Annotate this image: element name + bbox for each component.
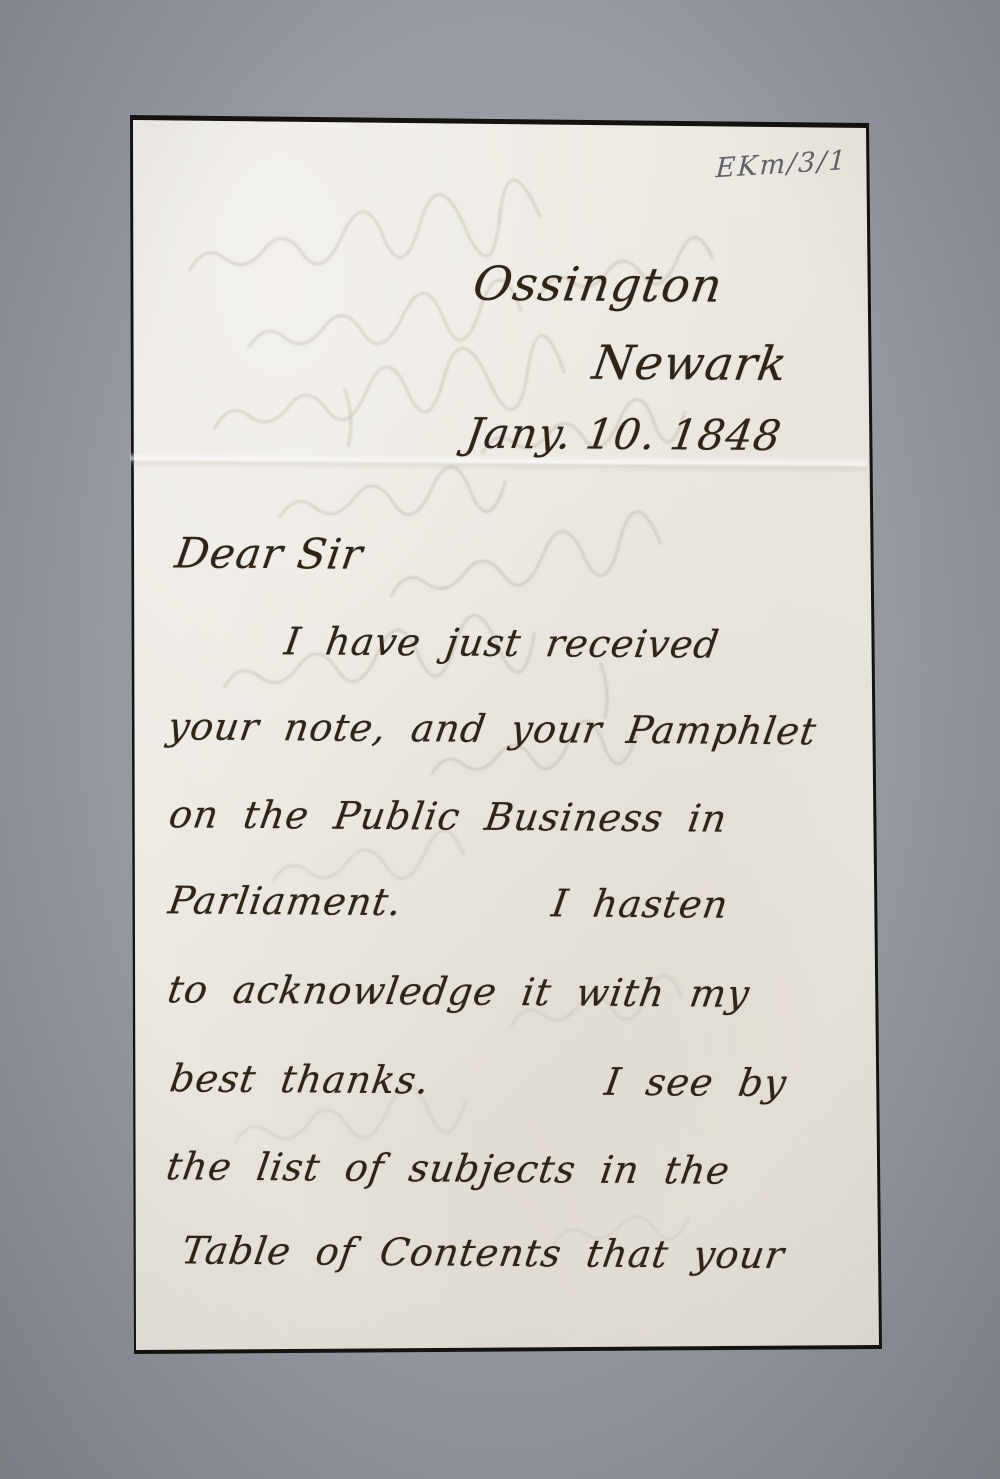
body-line: Parliament. I hasten	[166, 878, 732, 926]
body-line: your note, and your Pamphlet	[165, 704, 820, 753]
body-line: on the Public Business in	[166, 792, 730, 840]
body-line: best thanks. I see by	[167, 1056, 790, 1105]
salutation: Dear Sir	[172, 528, 367, 578]
heading-place: Ossington	[470, 257, 727, 314]
body-line: the list of subjects in the	[164, 1144, 734, 1192]
letter-writing-layer: EKm/3/1 Ossington Newark Jany. 10. 1848 …	[123, 120, 869, 1352]
body-line: I have just received	[282, 619, 723, 666]
body-line: to acknowledge it with my	[165, 967, 753, 1016]
body-line: Table of Contents that your	[179, 1228, 788, 1277]
heading-date: Jany. 10. 1848	[463, 409, 785, 460]
heading-town: Newark	[589, 336, 791, 392]
photo-background: EKm/3/1 Ossington Newark Jany. 10. 1848 …	[0, 0, 1000, 1479]
